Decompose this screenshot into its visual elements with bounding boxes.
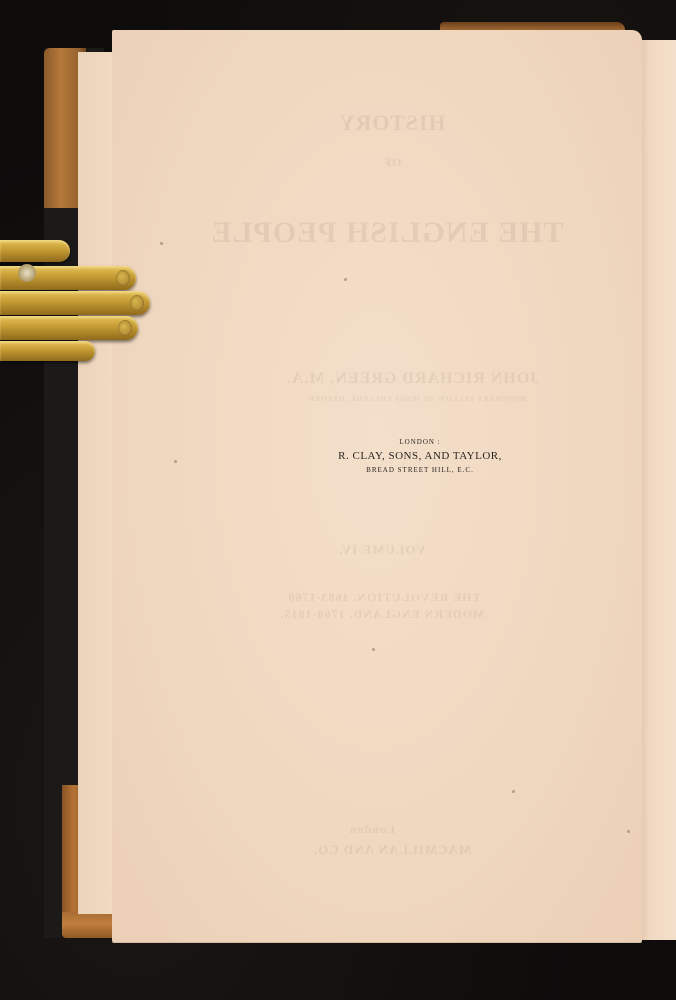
show-through-volume: VOLUME IV. [317,542,447,558]
show-through-place: London [322,822,422,837]
foxing-spot [627,830,630,833]
brass-finger [0,291,150,315]
foxing-spot [160,242,163,245]
brass-fingernail [130,295,144,311]
show-through-author: JOHN RICHARD GREEN, M.A. [262,370,562,388]
foxing-spot [174,460,177,463]
show-through-publisher: MACMILLAN AND CO. [262,842,522,858]
imprint-printer: R. CLAY, SONS, AND TAYLOR, [300,448,540,464]
show-through-subject: THE ENGLISH PEOPLE [152,216,622,250]
show-through-title: HISTORY [312,110,472,136]
foxing-spot [372,648,375,651]
imprint-address: BREAD STREET HILL, E.C. [300,464,540,476]
brass-fingernail [116,270,130,286]
title-page-verso: HISTORY OF THE ENGLISH PEOPLE JOHN RICHA… [112,30,642,942]
printer-imprint: LONDON : R. CLAY, SONS, AND TAYLOR, BREA… [300,436,540,476]
brass-fingernail [118,320,132,336]
show-through-contents-2: MODERN ENGLAND. 1760-1815. [262,607,502,622]
brass-hand-page-holder [0,236,152,368]
brass-ring-jewel [18,264,36,282]
imprint-city: LONDON : [300,436,540,448]
next-page-edge [640,40,676,940]
show-through-affiliation: HONORARY FELLOW OF JESUS COLLEGE, OXFORD [297,395,537,403]
foxing-spot [512,790,515,793]
brass-finger [0,341,95,361]
show-through-contents-1: THE REVOLUTION. 1683-1760. [262,590,502,605]
foxing-spot [344,278,347,281]
show-through-of: OF [372,155,412,170]
brass-thumb [0,240,70,262]
